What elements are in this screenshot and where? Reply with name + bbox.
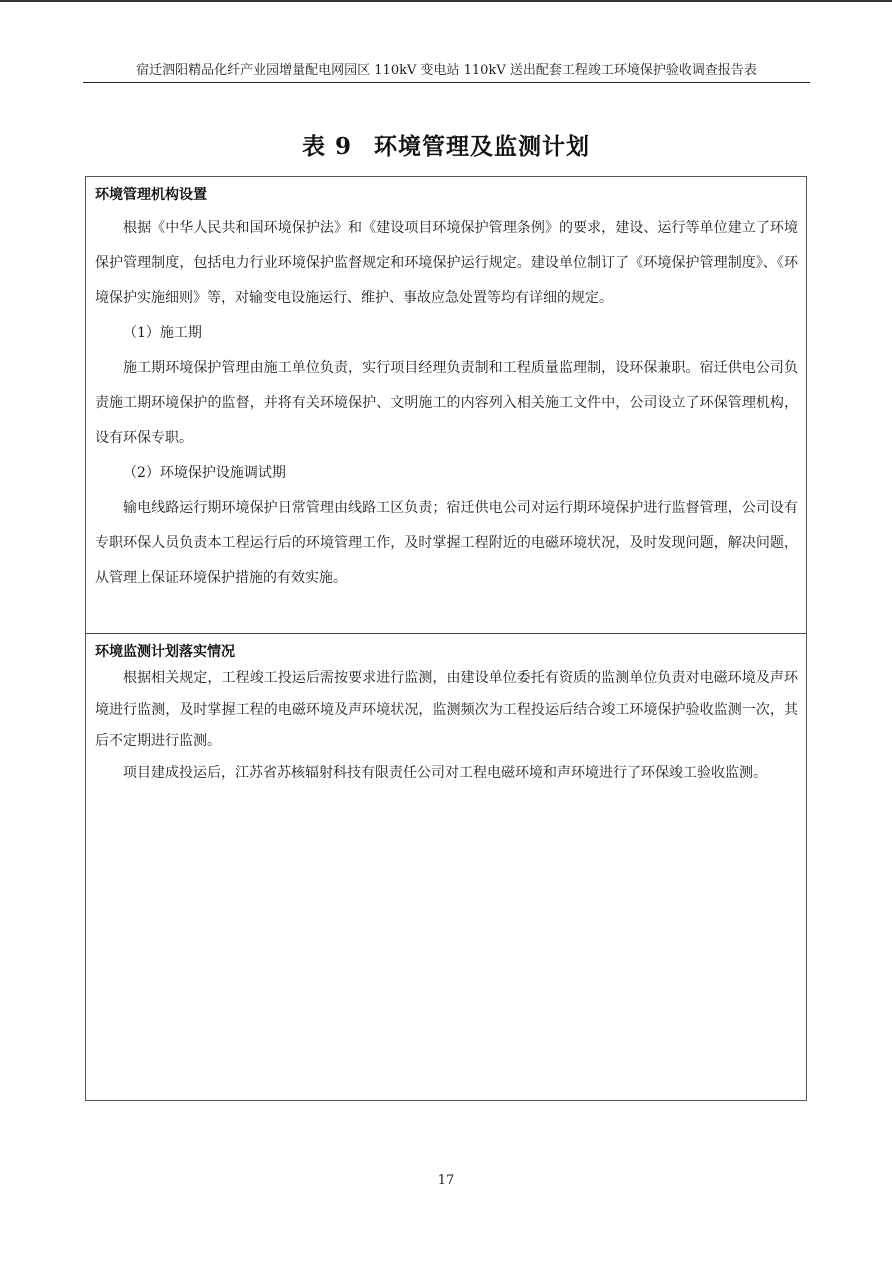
subheading-commissioning-period: （2）环境保护设施调试期: [95, 456, 798, 491]
top-border: [0, 0, 892, 2]
paragraph: 施工期环境保护管理由施工单位负责，实行项目经理负责制和工程质量监理制，设环保兼职…: [95, 351, 798, 456]
section-heading: 环境管理机构设置: [95, 185, 798, 205]
paragraph: 项目建成投运后，江苏省苏核辐射科技有限责任公司对工程电磁环境和声环境进行了环保竣…: [95, 758, 798, 790]
title-text: 环境管理及监测计划: [374, 133, 590, 160]
section-body: 根据相关规定，工程竣工投运后需按要求进行监测，由建设单位委托有资质的监测单位负责…: [95, 663, 798, 789]
subheading-construction-period: （1）施工期: [95, 316, 798, 351]
section-monitoring-plan: 环境监测计划落实情况 根据相关规定，工程竣工投运后需按要求进行监测，由建设单位委…: [86, 634, 806, 1100]
section-heading: 环境监测计划落实情况: [95, 642, 798, 662]
paragraph: 根据相关规定，工程竣工投运后需按要求进行监测，由建设单位委托有资质的监测单位负责…: [95, 663, 798, 758]
section-body: 根据《中华人民共和国环境保护法》和《建设项目环境保护管理条例》的要求，建设、运行…: [95, 211, 798, 596]
page-title: 表 9环境管理及监测计划: [0, 131, 892, 163]
paragraph: 输电线路运行期环境保护日常管理由线路工区负责；宿迁供电公司对运行期环境保护进行监…: [95, 491, 798, 596]
section-management-organization: 环境管理机构设置 根据《中华人民共和国环境保护法》和《建设项目环境保护管理条例》…: [86, 177, 806, 634]
running-header: 宿迁泗阳精品化纤产业园增量配电网园区 110kV 变电站 110kV 送出配套工…: [83, 62, 810, 80]
management-table: 环境管理机构设置 根据《中华人民共和国环境保护法》和《建设项目环境保护管理条例》…: [85, 176, 807, 1101]
header-divider: [83, 82, 810, 83]
table-number: 表 9: [302, 133, 352, 160]
paragraph: 根据《中华人民共和国环境保护法》和《建设项目环境保护管理条例》的要求，建设、运行…: [95, 211, 798, 316]
page-number: 17: [0, 1172, 892, 1190]
